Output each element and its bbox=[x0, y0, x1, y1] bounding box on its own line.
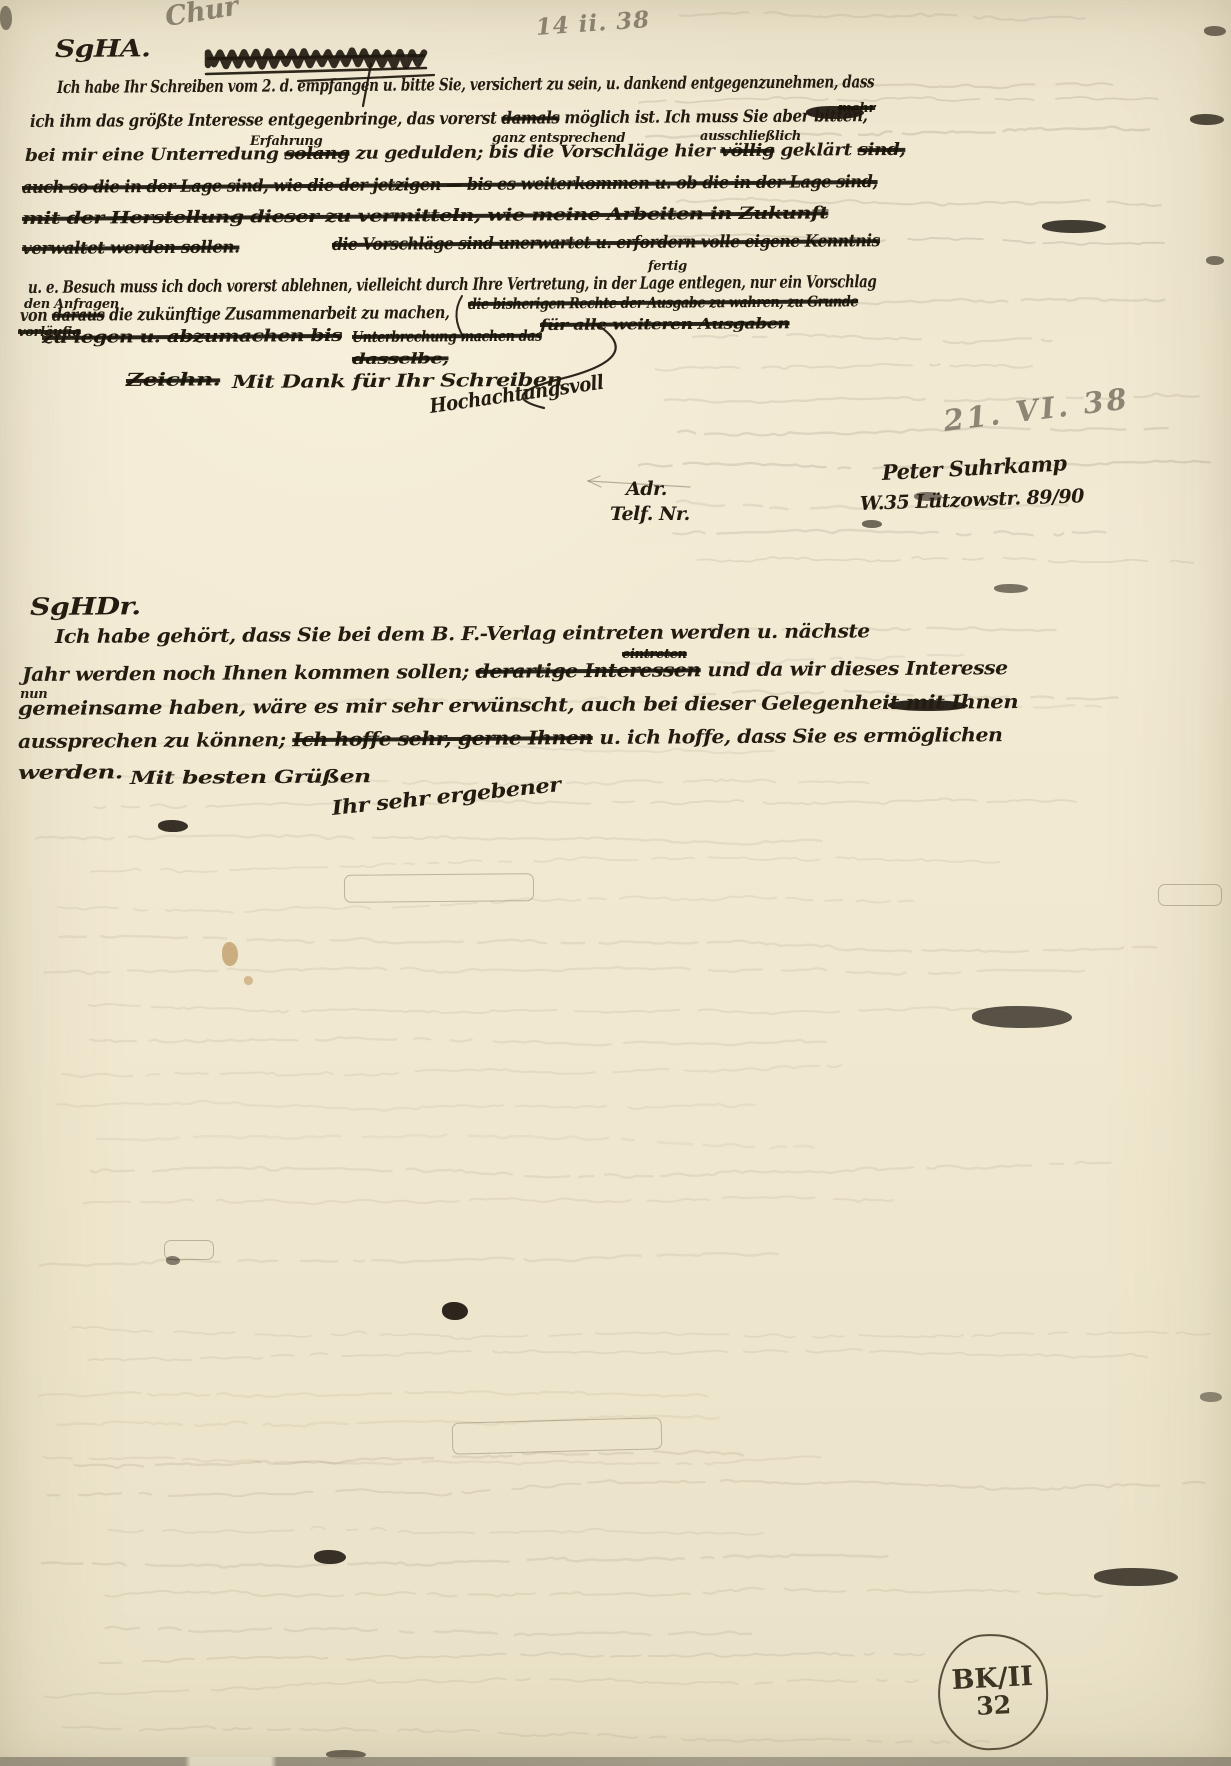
text-segment: aussprechen zu können; bbox=[18, 729, 292, 753]
text-segment: u. ich hoffe, dass Sie es ermöglichen bbox=[593, 724, 1003, 749]
text-segment: möglich ist. Ich muss Sie aber bitten, bbox=[559, 106, 867, 128]
handwriting-line: Zeichn. bbox=[126, 371, 220, 391]
scan-bottom-edge bbox=[0, 1757, 1231, 1766]
ink-marks-layer bbox=[0, 0, 1231, 1766]
interlinear-insertion: eintreten bbox=[622, 648, 687, 662]
handwriting-line: verwaltet werden sollen. bbox=[22, 239, 240, 258]
text-segment: ich ihm das größte Interesse entgegenbri… bbox=[30, 109, 502, 132]
interlinear-insertion: mehr bbox=[838, 102, 875, 116]
handwriting-line: für alle weiteren Ausgaben bbox=[540, 316, 790, 333]
pencil-arrow bbox=[588, 476, 600, 481]
interlinear-insertion: nun bbox=[20, 688, 47, 702]
side-note-telephone-label: Telf. Nr. bbox=[610, 505, 690, 525]
struck-text: sind, bbox=[857, 140, 905, 160]
interlinear-insertion: fertig bbox=[648, 260, 687, 274]
salutation: SgHA. bbox=[55, 35, 150, 61]
text-segment: die zukünftige Zusammenarbeit zu machen, bbox=[104, 303, 449, 325]
text-segment: Jahr werden noch Ihnen kommen sollen; bbox=[22, 661, 476, 686]
handwriting-line: Unterbrechung machen das bbox=[352, 329, 542, 346]
scanned-letter-page: Chur 14 ii. 38 21. VI. 38 Adr. Telf. Nr.… bbox=[0, 0, 1231, 1766]
handwriting-line: die bisherigen Rechte der Ausgabe zu wah… bbox=[468, 294, 858, 312]
ink-stroke bbox=[206, 68, 426, 74]
salutation: SgHDr. bbox=[30, 593, 141, 619]
text-segment: und da wir dieses Interesse bbox=[701, 657, 1008, 681]
struck-text: damals bbox=[501, 108, 559, 128]
interlinear-insertion: Erfahrung bbox=[250, 135, 322, 149]
handwriting-line: dasselbe, bbox=[352, 351, 449, 367]
archive-stamp-number: 32 bbox=[976, 1692, 1012, 1719]
closing: Mit besten Grüßen bbox=[130, 768, 371, 789]
struck-text: Ich hoffe sehr, gerne Ihnen bbox=[292, 727, 593, 751]
handwriting-line: zu legen u. abzumachen bis bbox=[42, 328, 342, 348]
side-note-address-label: Adr. bbox=[626, 480, 667, 500]
text-segment: bei mir eine Unterredung bbox=[25, 144, 284, 166]
interlinear-insertion: vorläufig bbox=[18, 326, 81, 340]
handwriting-line: werden. bbox=[18, 763, 123, 784]
interlinear-insertion: ausschließlich bbox=[700, 130, 801, 144]
handwriting-line: die Vorschläge sind unerwartet u. erford… bbox=[332, 233, 880, 255]
struck-text: derartige Interessen bbox=[476, 659, 701, 683]
interlinear-insertion: ganz entsprechend bbox=[492, 132, 625, 146]
interlinear-insertion: den Anfragen bbox=[24, 298, 119, 312]
